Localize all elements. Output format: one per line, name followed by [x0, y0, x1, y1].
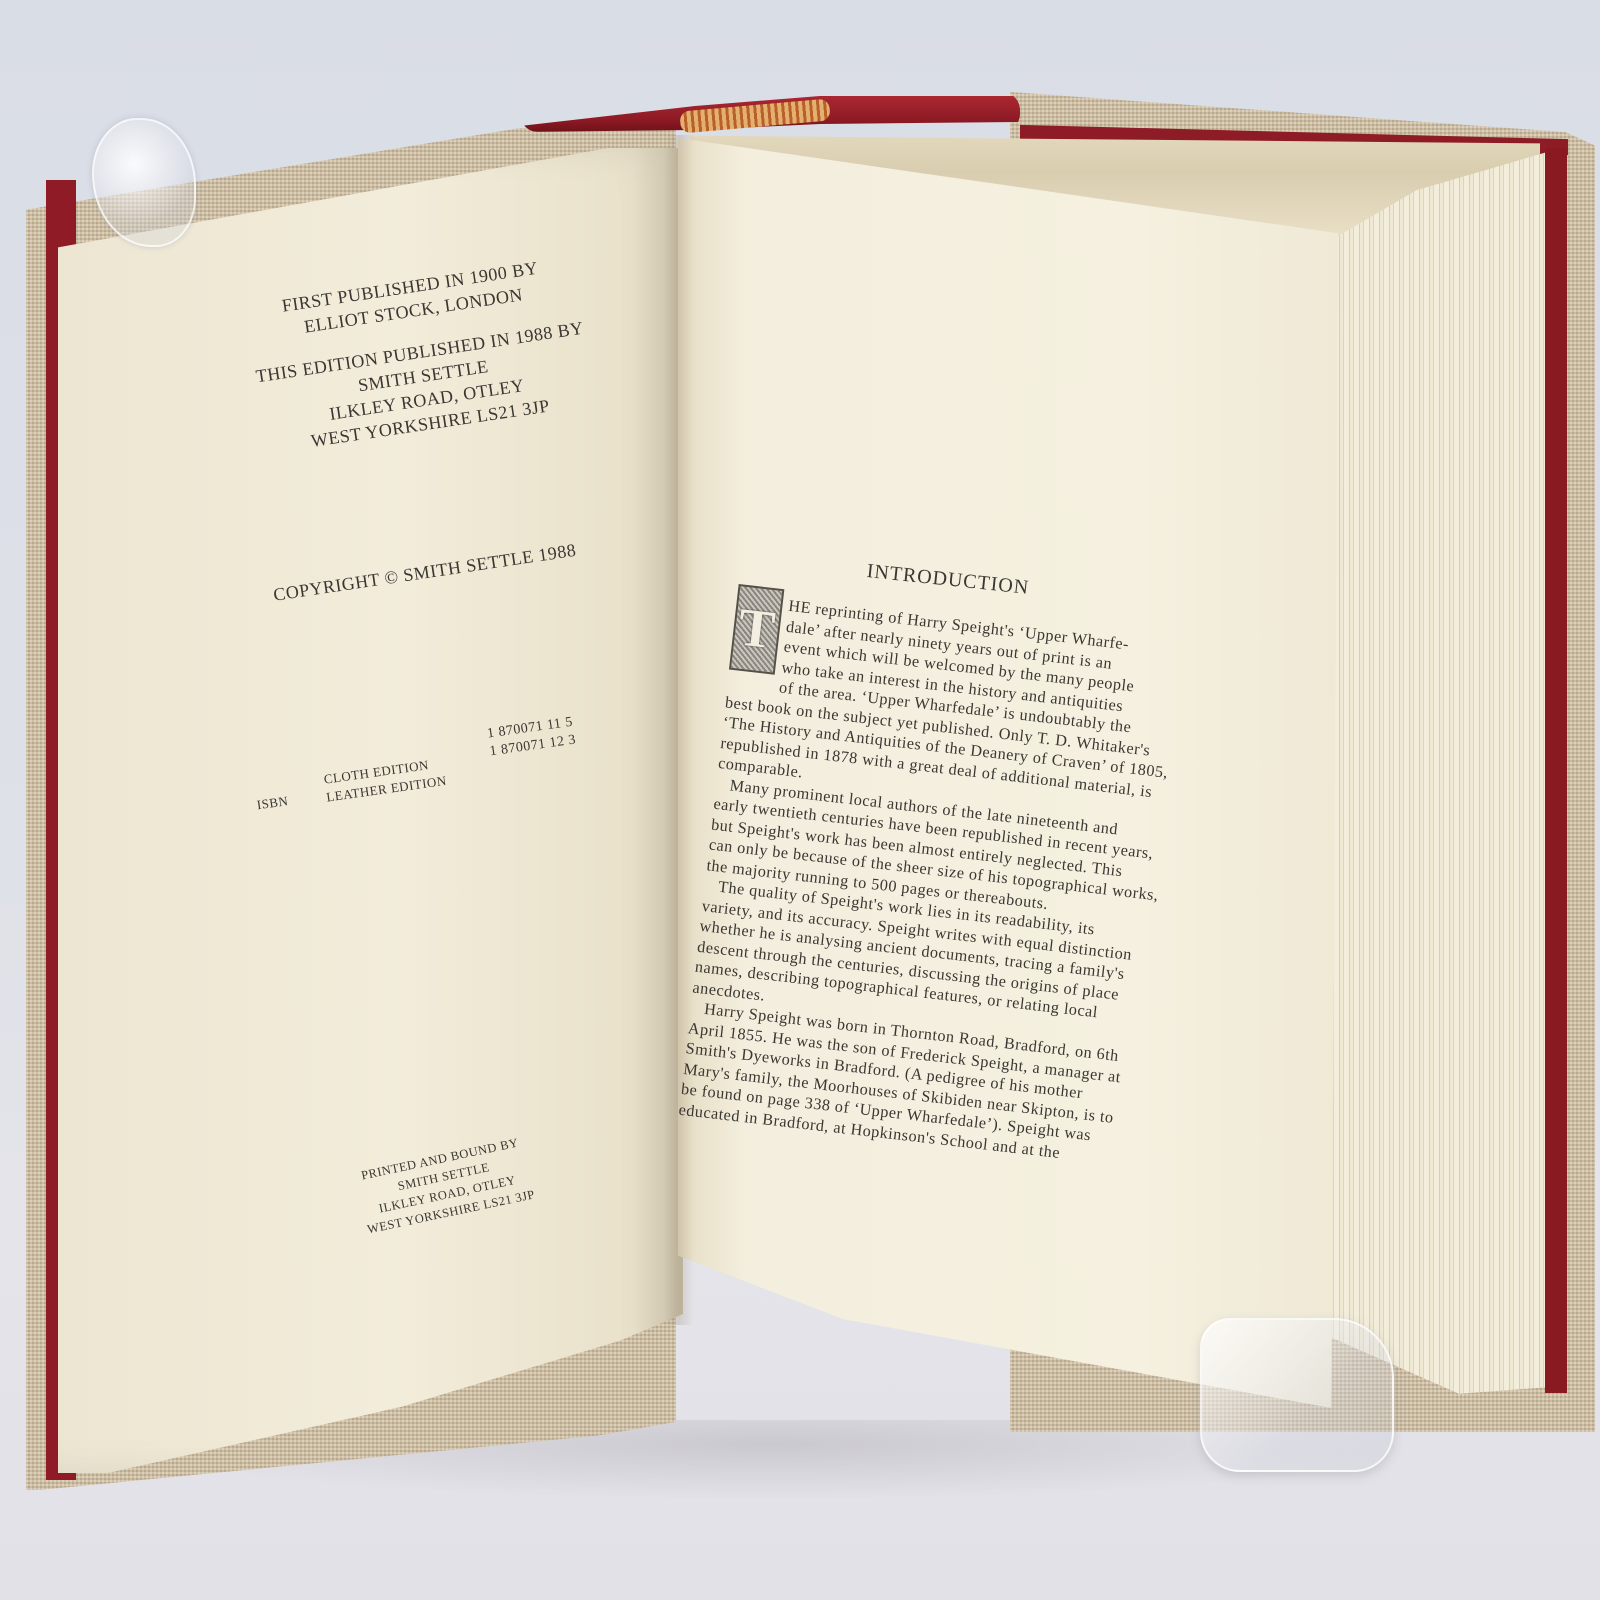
isbn-label: ISBN: [256, 793, 290, 813]
page-block-fore-edge: [1330, 140, 1545, 1400]
introduction-body: T HE reprinting of Harry Speight's ‘Uppe…: [678, 590, 1166, 1168]
right-cover-red-lining-side: [1545, 148, 1567, 1393]
gutter-shadow: [664, 135, 694, 1325]
acrylic-page-clip-bottom: [1200, 1318, 1394, 1472]
illuminated-dropcap: T: [729, 584, 784, 675]
